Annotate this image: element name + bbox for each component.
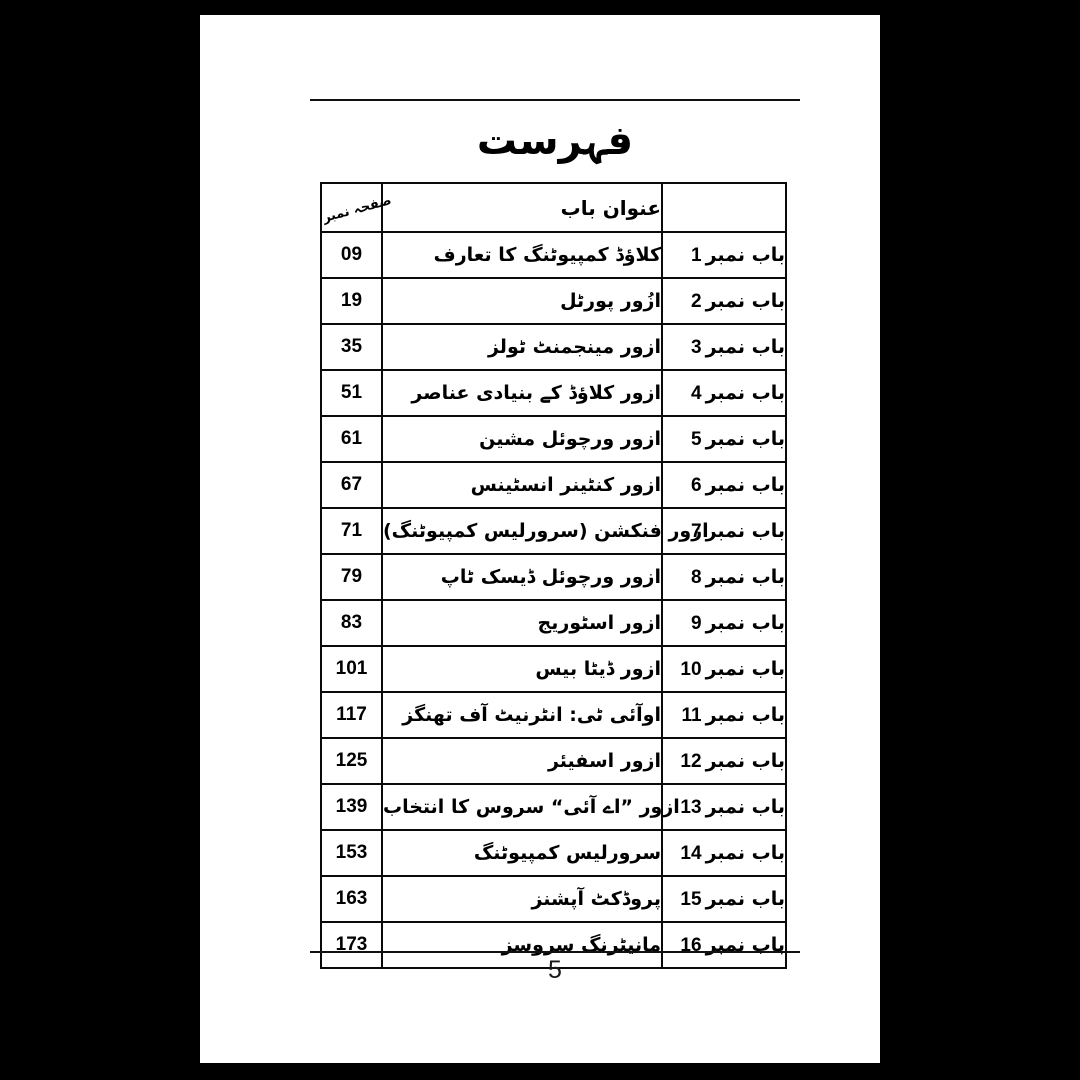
chapter-number: 10 [680, 659, 701, 680]
page-number: 117 [336, 704, 367, 725]
toc-row: 09 کلاؤڈ کمپیوٹنگ کا تعارف باب نمبر1 [321, 232, 786, 278]
page-number: 79 [341, 566, 362, 587]
chapter-title: ازور ڈیٹا بیس [535, 658, 661, 680]
page-number-cell: 117 [321, 692, 382, 738]
chapter-label: باب نمبر [706, 842, 785, 864]
top-rule [310, 99, 800, 101]
page-number-cell: 09 [321, 232, 382, 278]
chapter-number-cell: باب نمبر2 [662, 278, 786, 324]
backdrop: فہرست صفحہ نمبر عنوان باب 09 [0, 0, 1080, 1080]
chapter-title-cell: ازور اسٹوریج [382, 600, 662, 646]
chapter-label-group: باب نمبر14 [680, 842, 785, 864]
page-number-column-header: صفحہ نمبر [321, 183, 382, 232]
toc-table: صفحہ نمبر عنوان باب 09 کلاؤڈ کمپیوٹنگ کا… [320, 182, 787, 969]
page-number: 09 [341, 244, 362, 265]
chapter-number: 11 [681, 705, 701, 726]
chapter-label-group: باب نمبر3 [691, 336, 785, 358]
chapter-number: 1 [691, 245, 702, 266]
chapter-label: باب نمبر [706, 244, 785, 266]
chapter-title-cell: ازور اسفیئر [382, 738, 662, 784]
chapter-number-cell: باب نمبر14 [662, 830, 786, 876]
toc-row: 83 ازور اسٹوریج باب نمبر9 [321, 600, 786, 646]
page-number-cell: 51 [321, 370, 382, 416]
toc-row: 71 ازور فنکشن (سرورلیس کمپیوٹنگ) باب نمب… [321, 508, 786, 554]
page-number-cell: 139 [321, 784, 382, 830]
page-number-cell: 79 [321, 554, 382, 600]
page-number: 35 [341, 336, 362, 357]
page-number: 139 [336, 796, 368, 817]
chapter-number: 8 [691, 567, 702, 588]
page-number-cell: 71 [321, 508, 382, 554]
page-number-cell: 67 [321, 462, 382, 508]
chapter-label: باب نمبر [706, 658, 785, 680]
chapter-label-group: باب نمبر11 [681, 704, 785, 726]
footer-page-number: 5 [310, 956, 800, 985]
page-number-cell: 61 [321, 416, 382, 462]
chapter-label-group: باب نمبر9 [691, 612, 785, 634]
chapter-title: ازور مینجمنٹ ٹولز [488, 336, 661, 358]
toc-table-body: 09 کلاؤڈ کمپیوٹنگ کا تعارف باب نمبر1 19 … [321, 232, 786, 968]
page-number: 19 [341, 290, 362, 311]
page-number: 51 [341, 382, 362, 403]
chapter-title-cell: ازور فنکشن (سرورلیس کمپیوٹنگ) [382, 508, 662, 554]
page-number: 125 [336, 750, 368, 771]
chapter-title-cell: اوآئی ٹی: انٹرنیٹ آف تھنگز [382, 692, 662, 738]
chapter-number-cell: باب نمبر12 [662, 738, 786, 784]
page-number-cell: 19 [321, 278, 382, 324]
chapter-number-cell: باب نمبر8 [662, 554, 786, 600]
chapter-title-cell: ازور ڈیٹا بیس [382, 646, 662, 692]
page-number-cell: 83 [321, 600, 382, 646]
chapter-number-cell: باب نمبر11 [662, 692, 786, 738]
chapter-title: سرورلیس کمپیوٹنگ [474, 842, 661, 864]
chapter-number-cell: باب نمبر10 [662, 646, 786, 692]
chapter-label-group: باب نمبر6 [691, 474, 785, 496]
toc-row: 163 پروڈکٹ آپشنز باب نمبر15 [321, 876, 786, 922]
toc-row: 61 ازور ورچوئل مشین باب نمبر5 [321, 416, 786, 462]
chapter-title-cell: ازور مینجمنٹ ٹولز [382, 324, 662, 370]
chapter-title: ازور کلاؤڈ کے بنیادی عناصر [411, 382, 661, 404]
chapter-number: 9 [691, 613, 702, 634]
chapter-label-group: باب نمبر10 [680, 658, 785, 680]
page-number: 71 [341, 520, 362, 541]
chapter-label-group: باب نمبر12 [680, 750, 785, 772]
page-number: 83 [341, 612, 362, 633]
contents-title: فہرست [310, 118, 800, 164]
page-number-cell: 163 [321, 876, 382, 922]
chapter-title: کلاؤڈ کمپیوٹنگ کا تعارف [434, 244, 661, 266]
chapter-number: 15 [680, 889, 701, 910]
chapter-label-group: باب نمبر5 [691, 428, 785, 450]
chapter-label: باب نمبر [706, 750, 785, 772]
chapter-number-cell: باب نمبر6 [662, 462, 786, 508]
chapter-number: 2 [691, 291, 702, 312]
page-number-cell: 153 [321, 830, 382, 876]
chapter-label: باب نمبر [706, 704, 785, 726]
book-page: فہرست صفحہ نمبر عنوان باب 09 [200, 15, 880, 1063]
chapter-number: 14 [680, 843, 701, 864]
chapter-number: 5 [691, 429, 702, 450]
chapter-number-cell: باب نمبر4 [662, 370, 786, 416]
chapter-number: 6 [691, 475, 702, 496]
chapter-title-cell: ازور ورچوئل ڈیسک ٹاپ [382, 554, 662, 600]
page-number: 153 [336, 842, 368, 863]
chapter-number-cell: باب نمبر5 [662, 416, 786, 462]
chapter-number-cell: باب نمبر15 [662, 876, 786, 922]
chapter-label-group: باب نمبر7 [691, 520, 785, 542]
chapter-number: 13 [680, 797, 701, 818]
chapter-title: ازور ورچوئل مشین [479, 428, 661, 450]
bottom-rule [310, 951, 800, 953]
chapter-number-cell: باب نمبر9 [662, 600, 786, 646]
toc-row: 101 ازور ڈیٹا بیس باب نمبر10 [321, 646, 786, 692]
chapter-label: باب نمبر [706, 566, 785, 588]
chapter-label: باب نمبر [706, 888, 785, 910]
chapter-title: ازور فنکشن (سرورلیس کمپیوٹنگ) [383, 520, 709, 542]
chapter-title: پروڈکٹ آپشنز [531, 888, 661, 910]
chapter-number-cell: باب نمبر1 [662, 232, 786, 278]
chapter-title: ازور کنٹینر انسٹینس [471, 474, 661, 496]
chapter-title: ازور اسٹوریج [538, 612, 661, 634]
chapter-label-group: باب نمبر1 [691, 244, 785, 266]
chapter-title: ازور اسفیئر [548, 750, 661, 772]
toc-row: 35 ازور مینجمنٹ ٹولز باب نمبر3 [321, 324, 786, 370]
chapter-label: باب نمبر [706, 290, 785, 312]
chapter-number-column-header [662, 183, 786, 232]
toc-row: 117 اوآئی ٹی: انٹرنیٹ آف تھنگز باب نمبر1… [321, 692, 786, 738]
toc-row: 139 ازور ”اے آئی“ سروس کا انتخاب باب نمب… [321, 784, 786, 830]
chapter-title-cell: سرورلیس کمپیوٹنگ [382, 830, 662, 876]
toc-row: 79 ازور ورچوئل ڈیسک ٹاپ باب نمبر8 [321, 554, 786, 600]
toc-row: 125 ازور اسفیئر باب نمبر12 [321, 738, 786, 784]
chapter-title-cell: ازُور پورٹل [382, 278, 662, 324]
chapter-label-group: باب نمبر4 [691, 382, 785, 404]
chapter-number: 3 [691, 337, 702, 358]
chapter-label-group: باب نمبر8 [691, 566, 785, 588]
page-number-cell: 101 [321, 646, 382, 692]
chapter-title: ازُور پورٹل [560, 290, 661, 312]
chapter-label: باب نمبر [706, 382, 785, 404]
page-number-cell: 35 [321, 324, 382, 370]
chapter-label-group: باب نمبر13 [680, 796, 785, 818]
chapter-label: باب نمبر [706, 336, 785, 358]
chapter-number: 7 [691, 521, 702, 542]
page-number: 163 [336, 888, 368, 909]
chapter-label: باب نمبر [706, 796, 785, 818]
toc-row: 19 ازُور پورٹل باب نمبر2 [321, 278, 786, 324]
chapter-title: ازور ورچوئل ڈیسک ٹاپ [441, 566, 661, 588]
chapter-label: باب نمبر [706, 520, 785, 542]
chapter-label: باب نمبر [706, 428, 785, 450]
toc-row: 153 سرورلیس کمپیوٹنگ باب نمبر14 [321, 830, 786, 876]
chapter-title-cell: کلاؤڈ کمپیوٹنگ کا تعارف [382, 232, 662, 278]
page-number: 67 [341, 474, 362, 495]
chapter-title-cell: ازور کنٹینر انسٹینس [382, 462, 662, 508]
chapter-number: 12 [680, 751, 701, 772]
page-number-cell: 125 [321, 738, 382, 784]
chapter-title-column-header: عنوان باب [382, 183, 662, 232]
chapter-title-cell: پروڈکٹ آپشنز [382, 876, 662, 922]
toc-row: 67 ازور کنٹینر انسٹینس باب نمبر6 [321, 462, 786, 508]
chapter-title: ازور ”اے آئی“ سروس کا انتخاب [383, 796, 680, 818]
page-number: 61 [341, 428, 362, 449]
chapter-label-group: باب نمبر2 [691, 290, 785, 312]
chapter-label: باب نمبر [706, 474, 785, 496]
chapter-label: باب نمبر [706, 612, 785, 634]
chapter-title-cell: ازور ”اے آئی“ سروس کا انتخاب [382, 784, 662, 830]
chapter-number-cell: باب نمبر3 [662, 324, 786, 370]
chapter-number-cell: باب نمبر13 [662, 784, 786, 830]
chapter-label-group: باب نمبر15 [680, 888, 785, 910]
chapter-title-cell: ازور ورچوئل مشین [382, 416, 662, 462]
toc-header-row: صفحہ نمبر عنوان باب [321, 183, 786, 232]
page-number: 101 [336, 658, 368, 679]
chapter-title: اوآئی ٹی: انٹرنیٹ آف تھنگز [402, 704, 661, 726]
chapter-title-cell: ازور کلاؤڈ کے بنیادی عناصر [382, 370, 662, 416]
chapter-number: 4 [691, 383, 702, 404]
toc-row: 51 ازور کلاؤڈ کے بنیادی عناصر باب نمبر4 [321, 370, 786, 416]
